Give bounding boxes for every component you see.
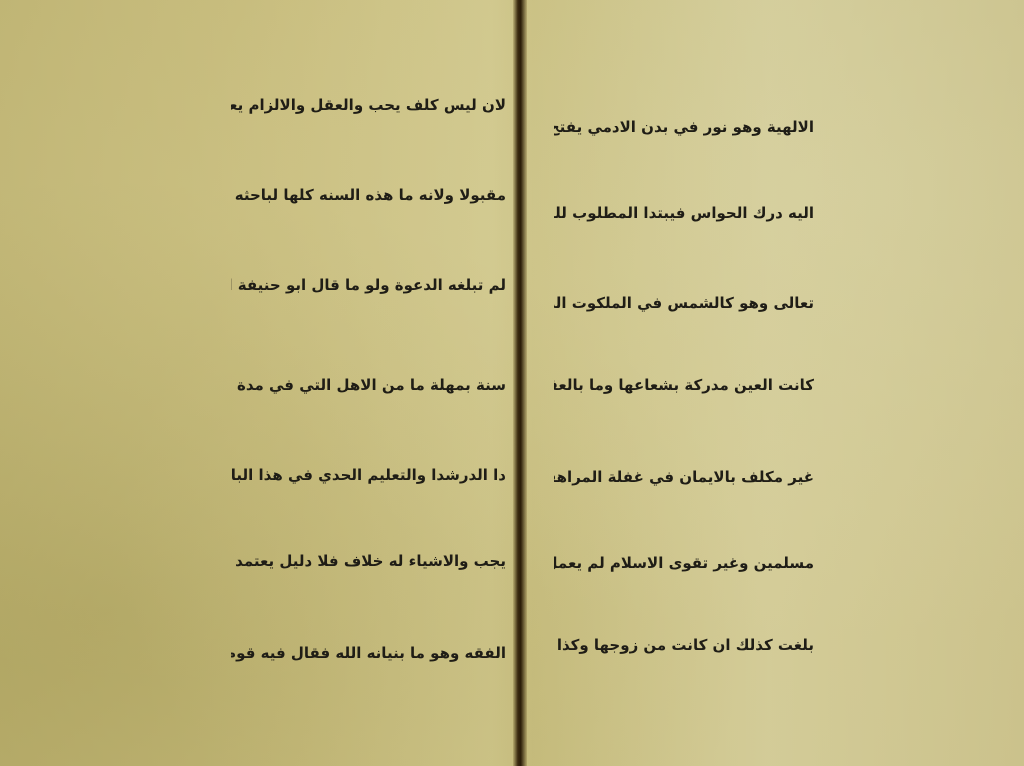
right-line-5: غير مكلف بالايمان في غفلة المراهقة وهي ت… [554, 460, 814, 494]
left-line-1: لان ليس كلف يحب والعقل والالزام يعني ايم… [231, 88, 506, 122]
right-page-text: الالهية وهو نور في بدن الادمي يفتح به طر… [524, 0, 1024, 766]
left-line-2: مقبولا ولانه ما هذه السنه كلها لباحثه وا… [231, 178, 506, 212]
left-line-5: دا الدرشدا والتعليم الحدي في هذا الباب و… [231, 458, 506, 492]
right-line-1: الالهية وهو نور في بدن الادمي يفتح به طر… [554, 110, 814, 144]
right-line-7: بلغت كذلك ان كانت من زوجها وكذا كل تقول … [554, 628, 814, 662]
right-line-2: اليه درك الحواس فيبتدا المطلوب للقلب بنظ… [554, 196, 814, 230]
left-line-4: سنة بمهلة ما من الاهل التي في مدة التجرب… [231, 368, 506, 402]
left-page-text: لان ليس كلف يحب والعقل والالزام يعني ايم… [0, 0, 516, 766]
left-line-7: الفقه وهو ما بنيانه الله فقال فيه قوم لم… [231, 636, 506, 670]
right-line-4: كانت العين مدركة بشعاعها وما بالعقل كفاي… [554, 368, 814, 402]
right-page: الالهية وهو نور في بدن الادمي يفتح به طر… [524, 0, 1024, 766]
manuscript-spread: لان ليس كلف يحب والعقل والالزام يعني ايم… [0, 0, 1024, 766]
right-line-3: تعالى وهو كالشمس في الملكوت الظاهرة اذا … [554, 286, 814, 320]
left-page: لان ليس كلف يحب والعقل والالزام يعني ايم… [0, 0, 516, 766]
right-line-6: مسلمين وغير تقوى الاسلام لم يعمل نية وبي… [554, 546, 814, 580]
left-line-3: لم تبلغه الدعوة ولو ما قال ابو حنيفة الش… [231, 268, 506, 302]
left-line-6: يجب والاشياء له خلاف فلا دليل يعتمد عليه… [231, 544, 506, 578]
